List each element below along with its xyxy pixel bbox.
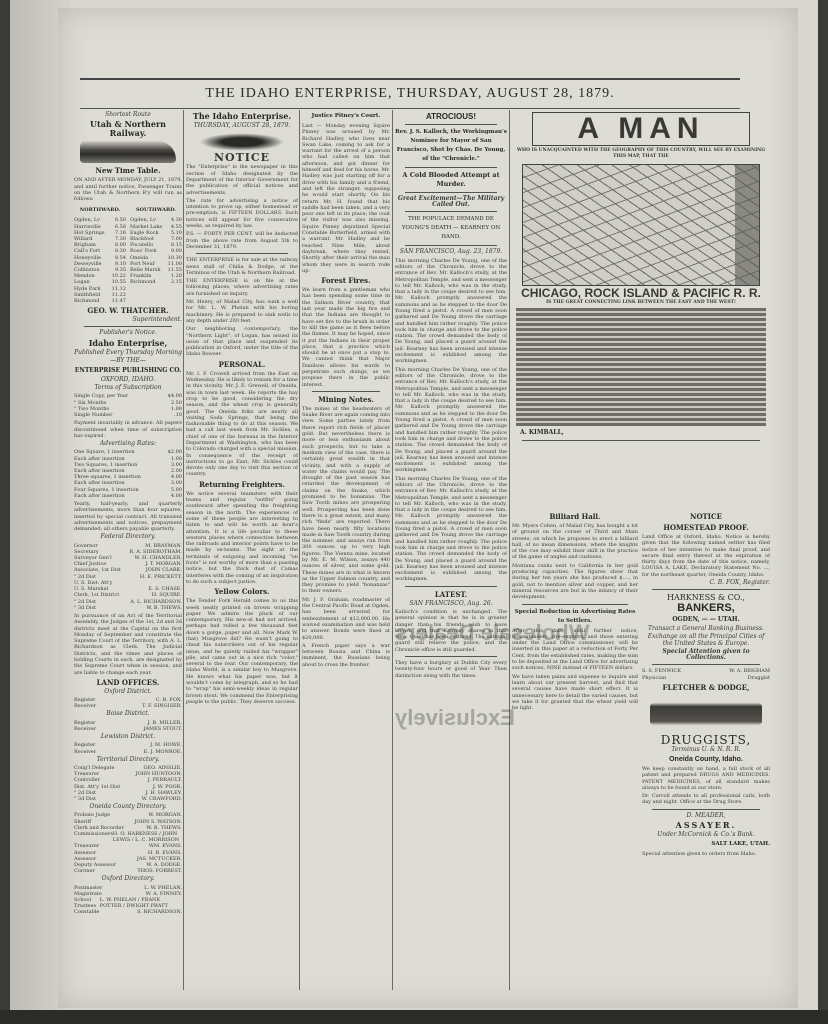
druggists-text: We keep constantly on hand, a full stock…	[642, 766, 770, 791]
bankers-label: BANKERS,	[642, 604, 770, 613]
homestead-title: HOMESTEAD PROOF.	[642, 523, 770, 532]
kimball-signature: A. KIMBALL,	[520, 428, 770, 437]
publisher-location: OXFORD, IDAHO.	[74, 377, 182, 383]
oxford-directory: PostmasterL. W. PHELAN.MagistrateW. A. F…	[74, 885, 182, 916]
drugstore-illustration	[650, 695, 762, 733]
malad-item: Mr. Henry, of Malad City, has sunk a wel…	[186, 299, 298, 324]
row-label: Receiver	[74, 726, 96, 732]
a-man-subtitle: WHO IS UNACQUAINTED WITH THE GEOGRAPHY O…	[512, 148, 770, 160]
latest-dateline: SAN FRANCISCO, Aug. 26.	[395, 601, 507, 607]
county-directory: Probate JudgeW. MORGAN.SheriffJOHN S. WA…	[74, 812, 182, 874]
yellow-colors-text: The Tender Fork Herald comes to us this …	[186, 598, 298, 705]
advertising-title: Advertising Rates:	[74, 441, 182, 447]
terms-list: Single Copy, per Year$4.00" Six Months2.…	[74, 393, 182, 418]
land-district: Boise District.	[74, 711, 182, 717]
forest-fires-title: Forest Fires.	[302, 276, 390, 285]
atrocious-headline: ATROCIOUS!	[395, 112, 507, 121]
courts-note: In pursuance of an Act of the Territoria…	[74, 613, 182, 676]
druggists-label: DRUGGISTS,	[642, 736, 770, 745]
superintendent-title: Superintendent.	[74, 317, 182, 323]
latest-title: LATEST.	[395, 590, 507, 599]
sub-column-right: NOTICE HOMESTEAD PROOF. Land Office at O…	[642, 510, 770, 859]
court-title: Justice Pitney's Court.	[302, 112, 390, 121]
railroad-subtitle: IS THE GREAT CONNECTING LINK BETWEEN THE…	[512, 300, 770, 306]
exchange-note: Exchange on all the Principal Cities of …	[642, 634, 770, 646]
federal-directory-title: Federal Directory.	[74, 534, 182, 540]
forty-percent-note: P.S. — FORTY PER CENT. will be deducted …	[186, 231, 298, 250]
row-value: THOS. FORREST.	[137, 868, 182, 874]
directory-row: ReceiverE. J. MONROE.	[74, 749, 182, 755]
oxford-directory-title: Oxford Directory.	[74, 876, 182, 882]
freighters-title: Returning Freighters.	[186, 480, 298, 489]
land-district: Lewiston District.	[74, 734, 182, 740]
row-value: W. CRAWFORD.	[142, 796, 182, 802]
special-reduction-title: Special Reduction in Advertising Rates t…	[512, 608, 638, 626]
column-rule	[509, 110, 510, 990]
assayer-address: Under McCornick & Co.'s Bank.	[642, 832, 770, 838]
directory-row: Richmond2.15	[130, 279, 182, 285]
directory-row: Richmond11.47	[74, 298, 126, 304]
personal-text: Mr. I. F. Crowell arrived from the East …	[186, 371, 298, 478]
railroad-title: CHICAGO, ROCK ISLAND & PACIFIC R. R.	[512, 290, 770, 296]
row-value: JAMES STOUT.	[143, 726, 182, 732]
notice-rates: The rate for advertising a notice of int…	[186, 198, 298, 229]
land-district: Oxford District.	[74, 689, 182, 695]
column-editorial: The Idaho Enterprise. THURSDAY, AUGUST 2…	[186, 110, 298, 990]
atrocious-text-cont: This morning Charles De Young, one of th…	[395, 367, 507, 474]
assayer-note: Special attention given to orders from I…	[642, 851, 770, 857]
publisher-name: ENTERPRISE PUBLISHING CO.	[74, 366, 182, 375]
prescriptions-text: Dr. Carroll attends to all professional …	[642, 793, 770, 806]
row-label: Each after insertion	[74, 493, 125, 499]
railroad-map	[522, 164, 760, 286]
eagle-icon	[194, 132, 290, 152]
harkness-name: HARKNESS & CO.,	[642, 593, 770, 602]
railway-title: Utah & Northern Railway.	[74, 120, 182, 138]
row-value: E. J. MONROE.	[144, 749, 182, 755]
row-label: Richmond	[130, 279, 156, 285]
graham-item: Mr. J. F. Graham, roadmaster of the Cent…	[302, 597, 390, 641]
row-value: W. B. THEWS.	[146, 605, 182, 611]
row-label: " 3d Dist	[74, 605, 96, 611]
banking-note: Transact a General Banking Business.	[642, 626, 770, 632]
railroad-ad-body	[516, 308, 766, 426]
directory-row: ConstableS. RICHARDSON.	[74, 909, 182, 915]
salt-lake: SALT LAKE, UTAH.	[642, 840, 770, 849]
locomotive-icon	[80, 141, 176, 163]
forest-fires-text: We learn from a gentleman who has been s…	[302, 287, 390, 388]
billiard-text: Mr. Myers Cohen, of Malad City, has boug…	[512, 523, 638, 561]
row-label: Single Number	[74, 412, 112, 418]
directory-row: Single Number.10	[74, 412, 182, 418]
directory-row: CoronerTHOS. FORREST.	[74, 868, 182, 874]
notice-title: NOTICE	[186, 155, 298, 161]
row-value: H. E. PRICKETT.	[140, 574, 182, 580]
column-directory: Shortest Route Utah & Northern Railway. …	[74, 110, 182, 1010]
agency-note: THE ENTERPRISE is for sale at the railwa…	[186, 257, 298, 276]
column-advertisements: A MAN WHO IS UNACQUAINTED WITH THE GEOGR…	[512, 110, 770, 990]
personal-title: PERSONAL.	[186, 360, 298, 369]
directory-row: " 3d DistW. CRAWFORD.	[74, 796, 182, 802]
court-text: Last — Monday evening Squire Pinney was …	[302, 123, 390, 274]
atrocious-text-cont2: This morning Charles De Young, one of th…	[395, 476, 507, 583]
ogden-utah: OGDEN, — — UTAH.	[642, 615, 770, 624]
subhead-murder: A Cold Blooded Attempt at Murder.	[395, 171, 507, 189]
column-rule	[299, 110, 300, 990]
row-value: .10	[174, 412, 182, 418]
land-offices-title: LAND OFFICES.	[74, 678, 182, 687]
mining-notes-text: The mines at the headwaters of Snake Riv…	[302, 406, 390, 595]
row-label: Receiver	[74, 749, 96, 755]
neighbor-item: Our neighboring contemporary, the "North…	[186, 326, 298, 357]
row-value: S. RICHARDSON.	[137, 909, 182, 915]
land-offices: Oxford District.RegisterC. B. FOX.Receiv…	[74, 689, 182, 755]
federal-directory: GovernorM. BRAYMAN.SecretaryR. A. SIDEBO…	[74, 543, 182, 611]
time-table-heading: New Time Table.	[74, 166, 182, 175]
by-the: —BY THE—	[74, 358, 182, 364]
column-local-news: Justice Pitney's Court. Last — Monday ev…	[302, 110, 390, 990]
burglary-item: They have a burglary at Dublin City ever…	[395, 660, 507, 679]
a-man-headline: A MAN	[532, 112, 750, 146]
french-item: A French paper says a war between Russia…	[302, 643, 390, 668]
directory-row: ReceiverJAMES STOUT.	[74, 726, 182, 732]
latest-text: Kalloch's condition is unchanged. The ge…	[395, 609, 507, 653]
partner-role: Physician	[642, 675, 666, 681]
subhead-populace: THE POPULACE DEMAND DE YOUNG'S DEATH — K…	[395, 215, 507, 242]
collections-note: Special Attention given to Collections.	[642, 649, 770, 661]
column-rule	[392, 110, 393, 990]
row-value: H. O. HARKNESS / JOHN LEWIS / L. C. MORR…	[113, 831, 182, 843]
fletcher-dodge: FLETCHER & DODGE,	[642, 683, 770, 692]
montana-text: Montana ranks next to California in her …	[512, 563, 638, 601]
meader-name: D. MEADER,	[642, 813, 770, 819]
billiard-title: Billiard Hall.	[512, 512, 638, 521]
file-note: THE ENTERPRISE is on file at the followi…	[186, 278, 298, 297]
harvest-text: We have taken pains and expense to inqui…	[512, 674, 638, 712]
freighters-text: We notice several teamsters with their t…	[186, 491, 298, 585]
partner-role: Druggist	[748, 675, 770, 681]
homestead-text: Land Office at Oxford, Idaho. Notice is …	[642, 534, 770, 578]
dateline: SAN FRANCISCO, Aug. 23, 1879.	[395, 249, 507, 255]
row-value: T. F. SINGISER.	[142, 703, 182, 709]
issue-date: THURSDAY, AUGUST 28, 1879.	[186, 123, 298, 129]
territorial-directory-title: Territorial Directory.	[74, 757, 182, 763]
directory-row: CommissionersH. O. HARKNESS / JOHN LEWIS…	[74, 831, 182, 843]
superintendent-name: GEO. W. THATCHER.	[74, 306, 182, 315]
subhead-excitement: Great Excitement—The Military Called Out…	[395, 196, 507, 208]
partner-roles-row: Physician Druggist	[642, 675, 770, 681]
payment-note: Payment invariably in advance. All paper…	[74, 420, 182, 439]
southward-label: SOUTHWARD.	[130, 206, 182, 215]
territorial-directory: Cong'l DelegateGEO. AINSLIE.TreasurerJOH…	[74, 765, 182, 802]
sub-column-left: Billiard Hall. Mr. Myers Cohen, of Malad…	[512, 510, 638, 713]
row-label: " 3d Dist	[74, 796, 96, 802]
directory-row: School TrusteesL. W. PHELAN / FRANK POTT…	[74, 897, 182, 909]
subhead-kalloch: Rev. J. S. Kalloch, the Workingman's Nom…	[395, 128, 507, 164]
railway-header: Shortest Route	[74, 112, 182, 118]
row-value: 4.00	[171, 493, 182, 499]
paper-name-header: The Idaho Enterprise.	[186, 112, 298, 121]
notice-text: The "Enterprise" is the newspaper in thi…	[186, 164, 298, 195]
assayer-label: ASSAYER.	[642, 821, 770, 830]
column-rule	[183, 110, 184, 990]
row-label: School Trustees	[74, 897, 100, 909]
northward-schedule: NORTHWARD. Ogden, Lv6.50Harrisville6.58H…	[74, 204, 126, 304]
scanner-bed	[0, 1010, 828, 1024]
time-table-text: ON AND AFTER MONDAY, JULY 21, 1879, and …	[74, 177, 182, 202]
directory-row: " 3d DistW. B. THEWS.	[74, 605, 182, 611]
advertising-note: Yearly, half-yearly, and quarterly adver…	[74, 501, 182, 532]
special-reduction-text: After this date, until further notice, h…	[512, 628, 638, 672]
druggists-sub: Terminus U. & N. R. R.	[642, 747, 770, 753]
row-value: L. W. PHELAN / FRANK POTTER / DWIGHT PRA…	[100, 897, 182, 909]
row-label: Constable	[74, 909, 99, 915]
register-signature: C. B. FOX, Register.	[642, 580, 770, 586]
advertising-rates: One Square, 1 insertion$2.00Each after i…	[74, 449, 182, 499]
row-label: Receiver	[74, 703, 96, 709]
masthead: THE IDAHO ENTERPRISE, THURSDAY, AUGUST 2…	[80, 78, 740, 109]
atrocious-text: This morning Charles De Young, one of th…	[395, 258, 507, 365]
southward-schedule: SOUTHWARD. Ogden, Lv4.30Market Lake4.55E…	[130, 204, 182, 304]
row-value: 2.15	[171, 279, 182, 285]
row-label: Coroner	[74, 868, 95, 874]
directory-row: ReceiverT. F. SINGISER.	[74, 703, 182, 709]
paper-name: Idaho Enterprise,	[74, 339, 182, 348]
published-line: Published Every Thursday Morning	[74, 350, 182, 356]
column-telegraph: ATROCIOUS! Rev. J. S. Kalloch, the Worki…	[395, 110, 507, 990]
northward-label: NORTHWARD.	[74, 206, 126, 215]
terms-title: Terms of Subscription	[74, 385, 182, 391]
county-directory-title: Oneida County Directory.	[74, 804, 182, 810]
mining-notes-title: Mining Notes.	[302, 395, 390, 404]
row-label: Commissioners	[74, 831, 113, 843]
homestead-notice: NOTICE	[642, 512, 770, 521]
oneida-county: Oneida County, Idaho.	[642, 755, 770, 764]
row-value: 11.47	[112, 298, 126, 304]
yellow-colors-title: Yellow Colors.	[186, 587, 298, 596]
directory-row: Each after insertion4.00	[74, 493, 182, 499]
publisher-notice: Publisher's Notice.	[74, 330, 182, 336]
row-label: Richmond	[74, 298, 100, 304]
